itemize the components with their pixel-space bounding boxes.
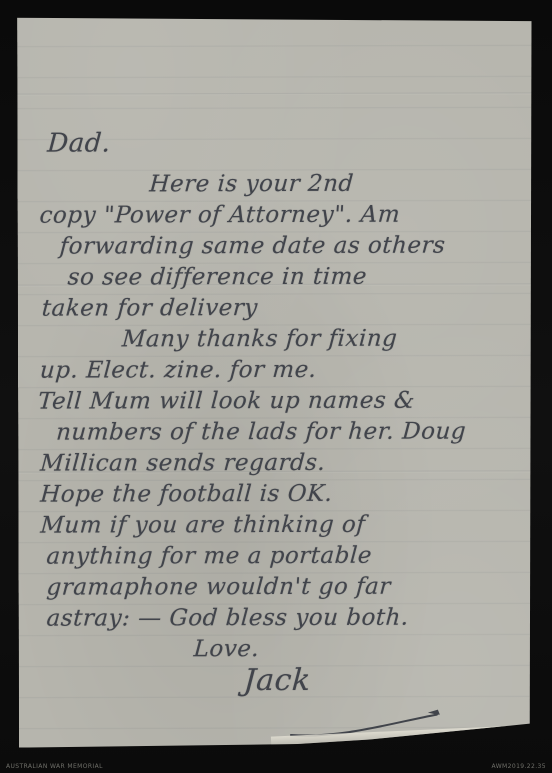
letter-line: Mum if you are thinking of bbox=[39, 509, 521, 541]
letter-line: anything for me a portable bbox=[45, 540, 521, 572]
letter-line: Jack bbox=[243, 664, 522, 696]
archive-catalog-number: AWM2019.22.35 bbox=[492, 763, 546, 770]
letter-line: numbers of the lads for her. Doug bbox=[55, 416, 521, 448]
letter-line: gramaphone wouldn't go far bbox=[45, 571, 521, 603]
letter-line: up. Elect. zine. for me. bbox=[39, 354, 521, 386]
letter-line: taken for delivery bbox=[41, 292, 521, 324]
archive-institution-label: AUSTRALIAN WAR MEMORIAL bbox=[6, 763, 103, 770]
letter-line: Love. bbox=[193, 633, 522, 665]
letter-paper: Dad.Here is your 2ndcopy "Power of Attor… bbox=[17, 15, 535, 747]
letter-line: astray: — God bless you both. bbox=[46, 602, 522, 634]
scan-matte-background: Dad.Here is your 2ndcopy "Power of Attor… bbox=[0, 0, 552, 773]
paper-fold-crease bbox=[17, 92, 533, 95]
letter-line: Many thanks for fixing bbox=[121, 323, 521, 355]
letter-line: Millican sends regards. bbox=[39, 447, 521, 479]
letter-line: copy "Power of Attorney". Am bbox=[39, 199, 521, 231]
letter-line: Dad. bbox=[46, 127, 520, 159]
letter-body: Dad.Here is your 2ndcopy "Power of Attor… bbox=[37, 127, 520, 696]
letter-line: forwarding same date as others bbox=[59, 230, 521, 262]
letter-line: so see difference in time bbox=[67, 261, 521, 293]
letter-line: Hope the football is OK. bbox=[39, 478, 521, 510]
letter-line: Tell Mum will look up names & bbox=[37, 385, 521, 417]
signature-flourish-arrow bbox=[287, 708, 462, 740]
letter-line: Here is your 2nd bbox=[148, 168, 520, 200]
